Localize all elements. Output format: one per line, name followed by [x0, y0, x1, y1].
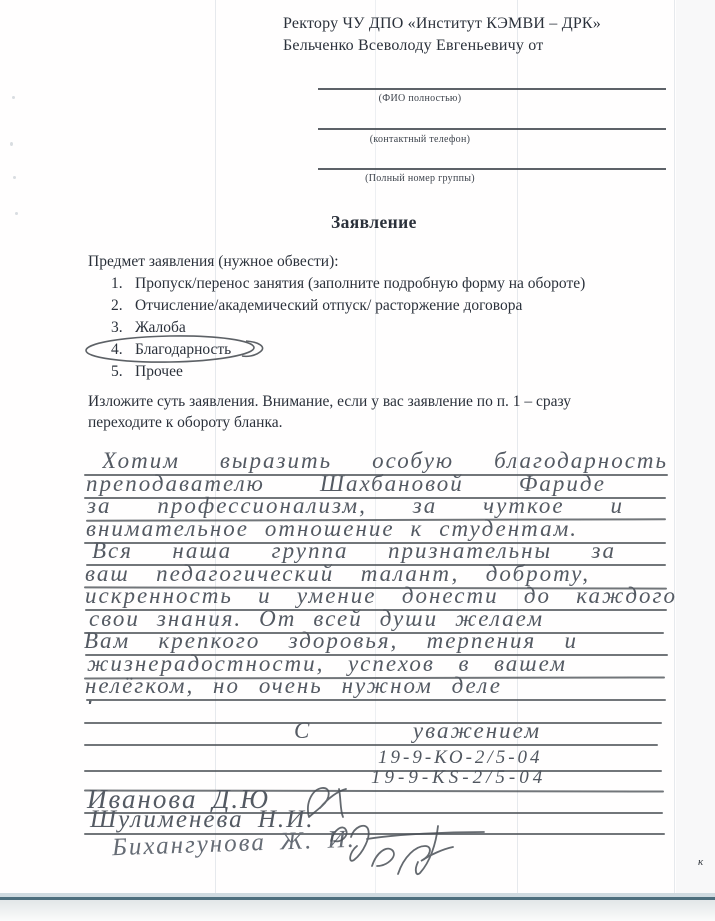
document-title: Заявление	[331, 212, 417, 232]
edge-pencil-mark: к	[698, 856, 703, 868]
item-label: Жалоба	[135, 319, 186, 336]
group-code-2: 19-9-КS-2/5-04	[371, 768, 546, 787]
subject-item-3: 3.Жалоба	[111, 319, 186, 337]
scan-speck	[13, 176, 16, 179]
fold-line	[215, 0, 216, 893]
subject-item-5: 5.Прочее	[111, 363, 183, 381]
item-number: 4.	[111, 341, 135, 359]
subject-item-2: 2.Отчисление/академический отпуск/ расто…	[111, 297, 522, 315]
instruction-line-2: переходите к обороту бланка.	[88, 414, 283, 432]
subject-prompt: Предмет заявления (нужное обвести):	[88, 253, 339, 271]
handwriting-line: нелёгком, но очень нужном деле !	[85, 674, 502, 704]
scan-speck	[10, 142, 13, 146]
scan-speck	[12, 96, 15, 99]
page-bottom-shadow	[0, 900, 715, 921]
group-code-1: 19-9-КО-2/5-04	[378, 748, 543, 767]
item-number: 3.	[111, 319, 135, 337]
page-right-margin-shade	[676, 0, 715, 893]
item-number: 1.	[111, 275, 135, 293]
name-field-label: (ФИО полностью)	[350, 93, 490, 104]
instruction-line-1: Изложите суть заявления. Внимание, если …	[88, 393, 571, 411]
scan-speck	[15, 212, 18, 215]
handwriting-closing: С уважением группа :	[294, 719, 541, 749]
group-field-label: (Полный номер группы)	[350, 173, 490, 184]
item-label: Отчисление/академический отпуск/ расторж…	[135, 297, 522, 314]
subject-item-1: 1.Пропуск/перенос занятия (заполните под…	[111, 275, 585, 293]
recipient-line-2: Бельченко Всеволоду Евгеньевичу от	[283, 37, 543, 55]
group-field-line	[318, 168, 666, 170]
item-number: 5.	[111, 363, 135, 381]
scanned-application-page: Ректору ЧУ ДПО «Институт КЭМВИ – ДРК» Бе…	[0, 0, 715, 921]
recipient-line-1: Ректору ЧУ ДПО «Институт КЭМВИ – ДРК»	[283, 15, 601, 33]
item-label: Прочее	[135, 363, 183, 380]
item-label: Пропуск/перенос занятия (заполните подро…	[135, 275, 585, 292]
fold-line	[674, 0, 675, 893]
item-label: Благодарность	[135, 341, 231, 358]
name-field-line	[318, 88, 666, 90]
phone-field-label: (контактный телефон)	[350, 134, 490, 145]
item-number: 2.	[111, 297, 135, 315]
phone-field-line	[318, 128, 666, 130]
subject-item-4-circled: 4.Благодарность	[111, 341, 231, 359]
